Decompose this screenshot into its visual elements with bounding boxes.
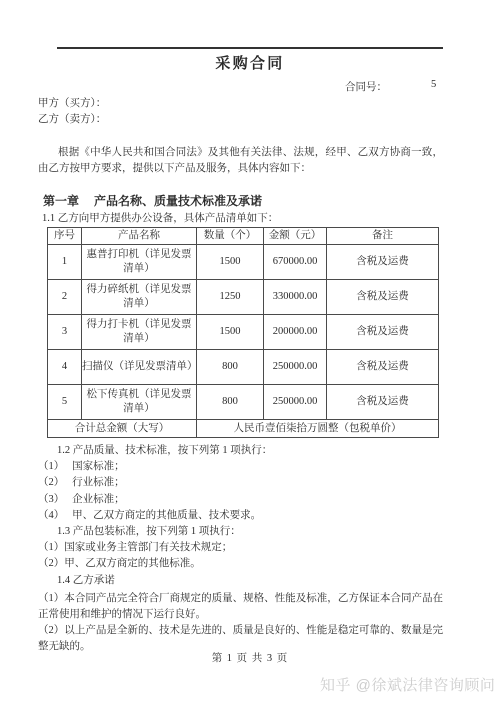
cell-no: 3 xyxy=(48,315,82,350)
cell-amount: 200000.00 xyxy=(264,315,327,350)
clause-line: 1.4 乙方承诺 xyxy=(38,573,443,589)
cell-note: 含税及运费 xyxy=(327,245,439,280)
clause-line: 1.3 产品包装标准，按下列第 1 项执行： xyxy=(38,524,443,540)
cell-no: 2 xyxy=(48,280,82,315)
table-row: 2 得力碎纸机（详见发票清单） 1250 330000.00 含税及运费 xyxy=(48,280,439,315)
col-header-no: 序号 xyxy=(48,228,82,245)
cell-note: 含税及运费 xyxy=(327,350,439,385)
clause-line: （1） 国家标准； xyxy=(38,459,443,475)
cell-qty: 800 xyxy=(197,385,264,420)
cell-amount: 670000.00 xyxy=(264,245,327,280)
product-table: 序号 产品名称 数量（个） 金额（元） 备注 1 惠普打印机（详见发票清单） 1… xyxy=(47,227,439,438)
cell-note: 含税及运费 xyxy=(327,315,439,350)
total-label: 合计总金额（大写） xyxy=(48,420,197,438)
table-row: 1 惠普打印机（详见发票清单） 1500 670000.00 含税及运费 xyxy=(48,245,439,280)
table-total-row: 合计总金额（大写） 人民币壹佰柒拾万圆整（包税单价） xyxy=(48,420,439,438)
col-header-name: 产品名称 xyxy=(82,228,197,245)
cell-no: 4 xyxy=(48,350,82,385)
document-body: 甲方（买方）： 乙方（卖方）： 根据《中华人民共和国合同法》及其他有关法律、法规… xyxy=(38,96,443,656)
clause-line: 1.2 产品质量、技术标准，按下列第 1 项执行： xyxy=(38,443,443,459)
table-row: 5 松下传真机（详见发票清单） 800 250000.00 含税及运费 xyxy=(48,385,439,420)
clause-line: （1）国家或业务主管部门有关技术规定； xyxy=(38,540,443,556)
cell-qty: 1250 xyxy=(197,280,264,315)
intro-paragraph: 根据《中华人民共和国合同法》及其他有关法律、法规，经甲、乙双方协商一致，由乙方按… xyxy=(38,145,443,177)
clauses-section: 1.2 产品质量、技术标准，按下列第 1 项执行： （1） 国家标准； （2） … xyxy=(38,443,443,656)
clause-line: （3） 企业标准； xyxy=(38,492,443,508)
clause-1-1: 1.1 乙方向甲方提供办公设备，具体产品清单如下： xyxy=(38,211,443,226)
cell-product-name: 得力打卡机（详见发票清单） xyxy=(82,315,197,350)
cell-product-name: 惠普打印机（详见发票清单） xyxy=(82,245,197,280)
cell-no: 1 xyxy=(48,245,82,280)
table-row: 3 得力打卡机（详见发票清单） 1500 200000.00 含税及运费 xyxy=(48,315,439,350)
cell-amount: 250000.00 xyxy=(264,385,327,420)
cell-note: 含税及运费 xyxy=(327,280,439,315)
clause-line: （4） 甲、乙双方商定的其他质量、技术要求。 xyxy=(38,508,443,524)
contract-number-value: 5 xyxy=(431,79,436,90)
contract-number-label: 合同号： xyxy=(345,79,387,94)
cell-amount: 250000.00 xyxy=(264,350,327,385)
cell-no: 5 xyxy=(48,385,82,420)
contract-document-page: 采购合同 合同号： 5 甲方（买方）： 乙方（卖方）： 根据《中华人民共和国合同… xyxy=(0,0,500,707)
cell-qty: 800 xyxy=(197,350,264,385)
cell-qty: 1500 xyxy=(197,315,264,350)
col-header-note: 备注 xyxy=(327,228,439,245)
cell-product-name: 松下传真机（详见发票清单） xyxy=(82,385,197,420)
page-number: 第 1 页 共 3 页 xyxy=(0,650,500,665)
total-value: 人民币壹佰柒拾万圆整（包税单价） xyxy=(197,420,439,438)
header-divider-rule xyxy=(57,47,443,49)
watermark-text: 知乎 @徐斌法律咨询顾问 xyxy=(320,674,495,695)
table-header-row: 序号 产品名称 数量（个） 金额（元） 备注 xyxy=(48,228,439,245)
cell-note: 含税及运费 xyxy=(327,385,439,420)
chapter-one-heading: 第一章 产品名称、质量技术标准及承诺 xyxy=(38,193,443,209)
table-row: 4 扫描仪（详见发票清单） 800 250000.00 含税及运费 xyxy=(48,350,439,385)
col-header-qty: 数量（个） xyxy=(197,228,264,245)
clause-line: （1）本合同产品完全符合厂商规定的质量、规格、性能及标准，乙方保证本合同产品在正… xyxy=(38,591,443,623)
cell-amount: 330000.00 xyxy=(264,280,327,315)
cell-product-name: 扫描仪（详见发票清单） xyxy=(82,350,197,385)
party-a-label: 甲方（买方）： xyxy=(38,96,443,112)
clause-line: （2） 行业标准； xyxy=(38,475,443,491)
col-header-amount: 金额（元） xyxy=(264,228,327,245)
document-title: 采购合同 xyxy=(0,56,500,72)
party-b-label: 乙方（卖方）： xyxy=(38,112,443,128)
contract-number-line: 合同号： 5 xyxy=(0,79,500,94)
clause-line: （2）甲、乙双方商定的其他标准。 xyxy=(38,556,443,572)
cell-product-name: 得力碎纸机（详见发票清单） xyxy=(82,280,197,315)
cell-qty: 1500 xyxy=(197,245,264,280)
